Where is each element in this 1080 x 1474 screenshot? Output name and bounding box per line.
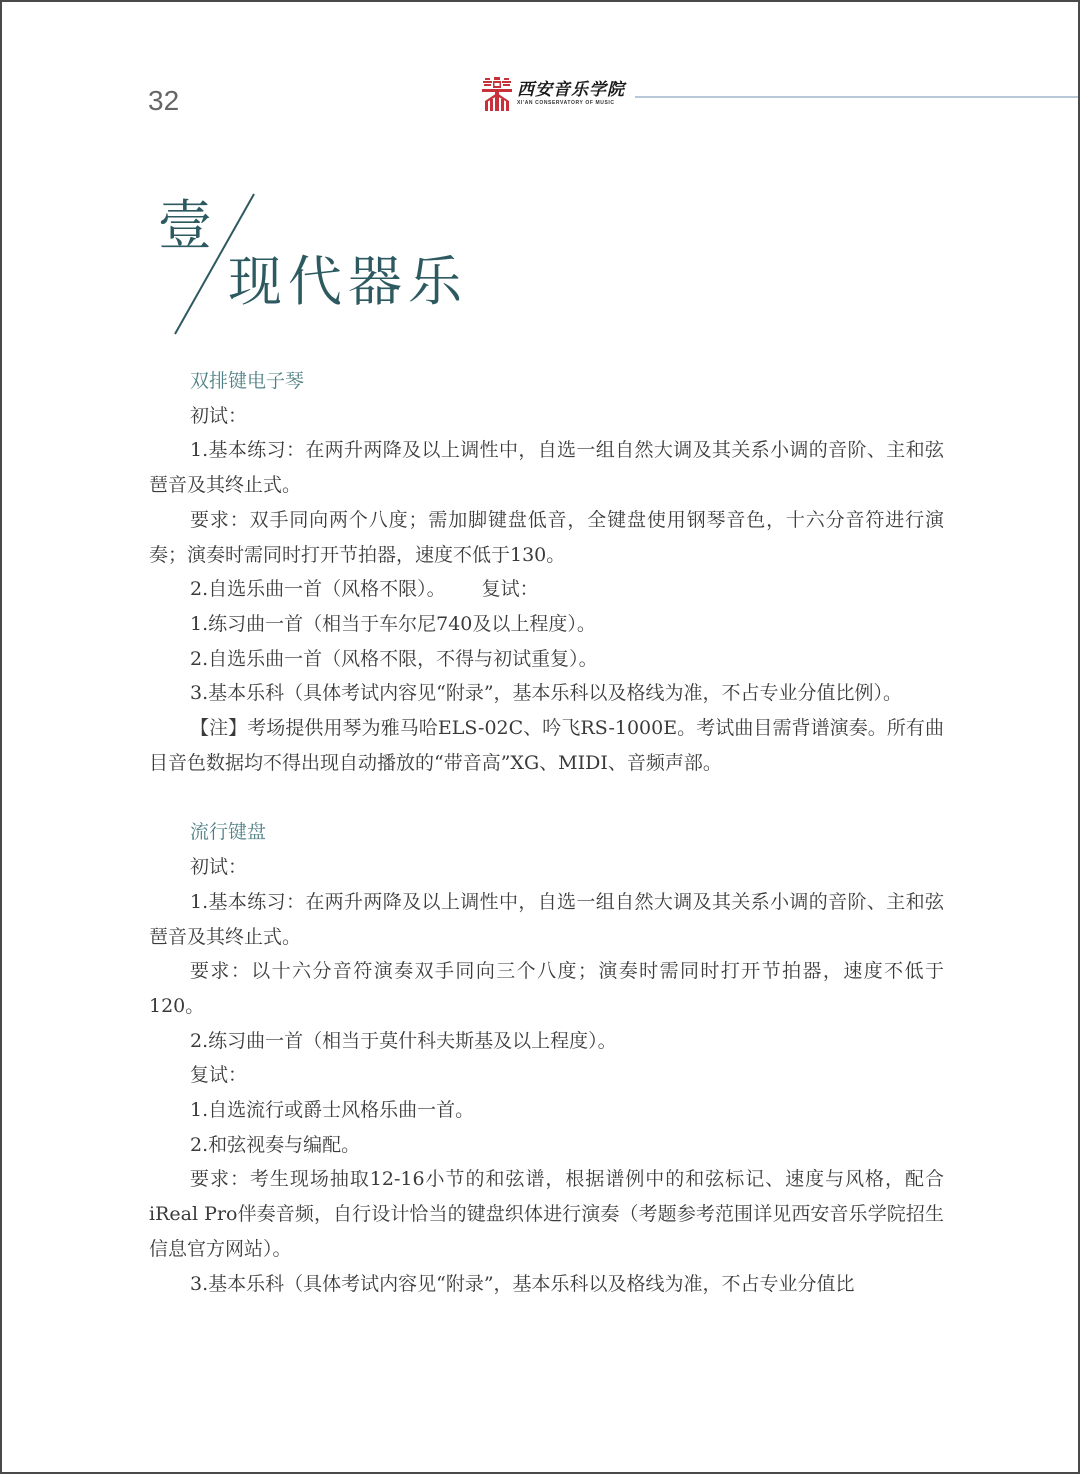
retest-label: 复试： bbox=[482, 578, 539, 600]
logo-name-cn: 西安音乐学院 bbox=[517, 81, 625, 100]
paragraph: 1.练习曲一首（相当于车尔尼740及以上程度）。 bbox=[149, 607, 944, 642]
logo-text: 西安音乐学院 XI'AN CONSERVATORY OF MUSIC bbox=[517, 81, 625, 107]
paragraph: 3.基本乐科（具体考试内容见“附录”，基本乐科以及格线为准，不占专业分值比 bbox=[149, 1267, 944, 1302]
paragraph: 要求：考生现场抽取12-16小节的和弦谱，根据谱例中的和弦标记、速度与风格，配合… bbox=[149, 1162, 944, 1266]
paragraph: 3.基本乐科（具体考试内容见“附录”，基本乐科以及格线为准，不占专业分值比例）。 bbox=[149, 676, 944, 711]
conservatory-logo: 西安音乐学院 XI'AN CONSERVATORY OF MUSIC bbox=[482, 76, 625, 112]
section-pop-keyboard: 流行键盘 初试： 1.基本练习：在两升两降及以上调性中，自选一组自然大调及其关系… bbox=[149, 815, 944, 1301]
paragraph: 要求：双手同向两个八度；需加脚键盘低音，全键盘使用钢琴音色，十六分音符进行演奏；… bbox=[149, 503, 944, 572]
section-spacer bbox=[149, 780, 944, 815]
paragraph-with-retest-label: 2.自选乐曲一首（风格不限）。复试： bbox=[149, 572, 944, 607]
paragraph: 要求：以十六分音符演奏双手同向三个八度；演奏时需同时打开节拍器，速度不低于120… bbox=[149, 954, 944, 1023]
paragraph-retest-label: 复试： bbox=[149, 1058, 944, 1093]
paragraph: 2.自选乐曲一首（风格不限，不得与初试重复）。 bbox=[149, 642, 944, 677]
document-body: 双排键电子琴 初试： 1.基本练习：在两升两降及以上调性中，自选一组自然大调及其… bbox=[149, 364, 944, 1301]
paragraph-preliminary-label: 初试： bbox=[149, 399, 944, 434]
header-divider bbox=[635, 96, 1078, 98]
conservatory-emblem-icon bbox=[482, 77, 512, 111]
logo-name-en: XI'AN CONSERVATORY OF MUSIC bbox=[517, 100, 625, 107]
page-number: 32 bbox=[148, 84, 179, 118]
paragraph: 2.练习曲一首（相当于莫什科夫斯基及以上程度）。 bbox=[149, 1024, 944, 1059]
chapter-title: 现代器乐 bbox=[228, 250, 468, 314]
document-page: 32 西安音乐学院 bbox=[0, 0, 1080, 1474]
paragraph-preliminary-label: 初试： bbox=[149, 850, 944, 885]
paragraph: 2.和弦视奏与编配。 bbox=[149, 1128, 944, 1163]
section-double-keyboard: 双排键电子琴 初试： 1.基本练习：在两升两降及以上调性中，自选一组自然大调及其… bbox=[149, 364, 944, 780]
paragraph: 1.基本练习：在两升两降及以上调性中，自选一组自然大调及其关系小调的音阶、主和弦… bbox=[149, 433, 944, 502]
section-heading: 流行键盘 bbox=[149, 815, 944, 850]
paragraph: 1.基本练习：在两升两降及以上调性中，自选一组自然大调及其关系小调的音阶、主和弦… bbox=[149, 885, 944, 954]
paragraph: 1.自选流行或爵士风格乐曲一首。 bbox=[149, 1093, 944, 1128]
paragraph-text: 2.自选乐曲一首（风格不限）。 bbox=[190, 578, 446, 600]
paragraph-note: 【注】考场提供用琴为雅马哈ELS-02C、吟飞RS-1000E。考试曲目需背谱演… bbox=[149, 711, 944, 780]
section-heading: 双排键电子琴 bbox=[149, 364, 944, 399]
